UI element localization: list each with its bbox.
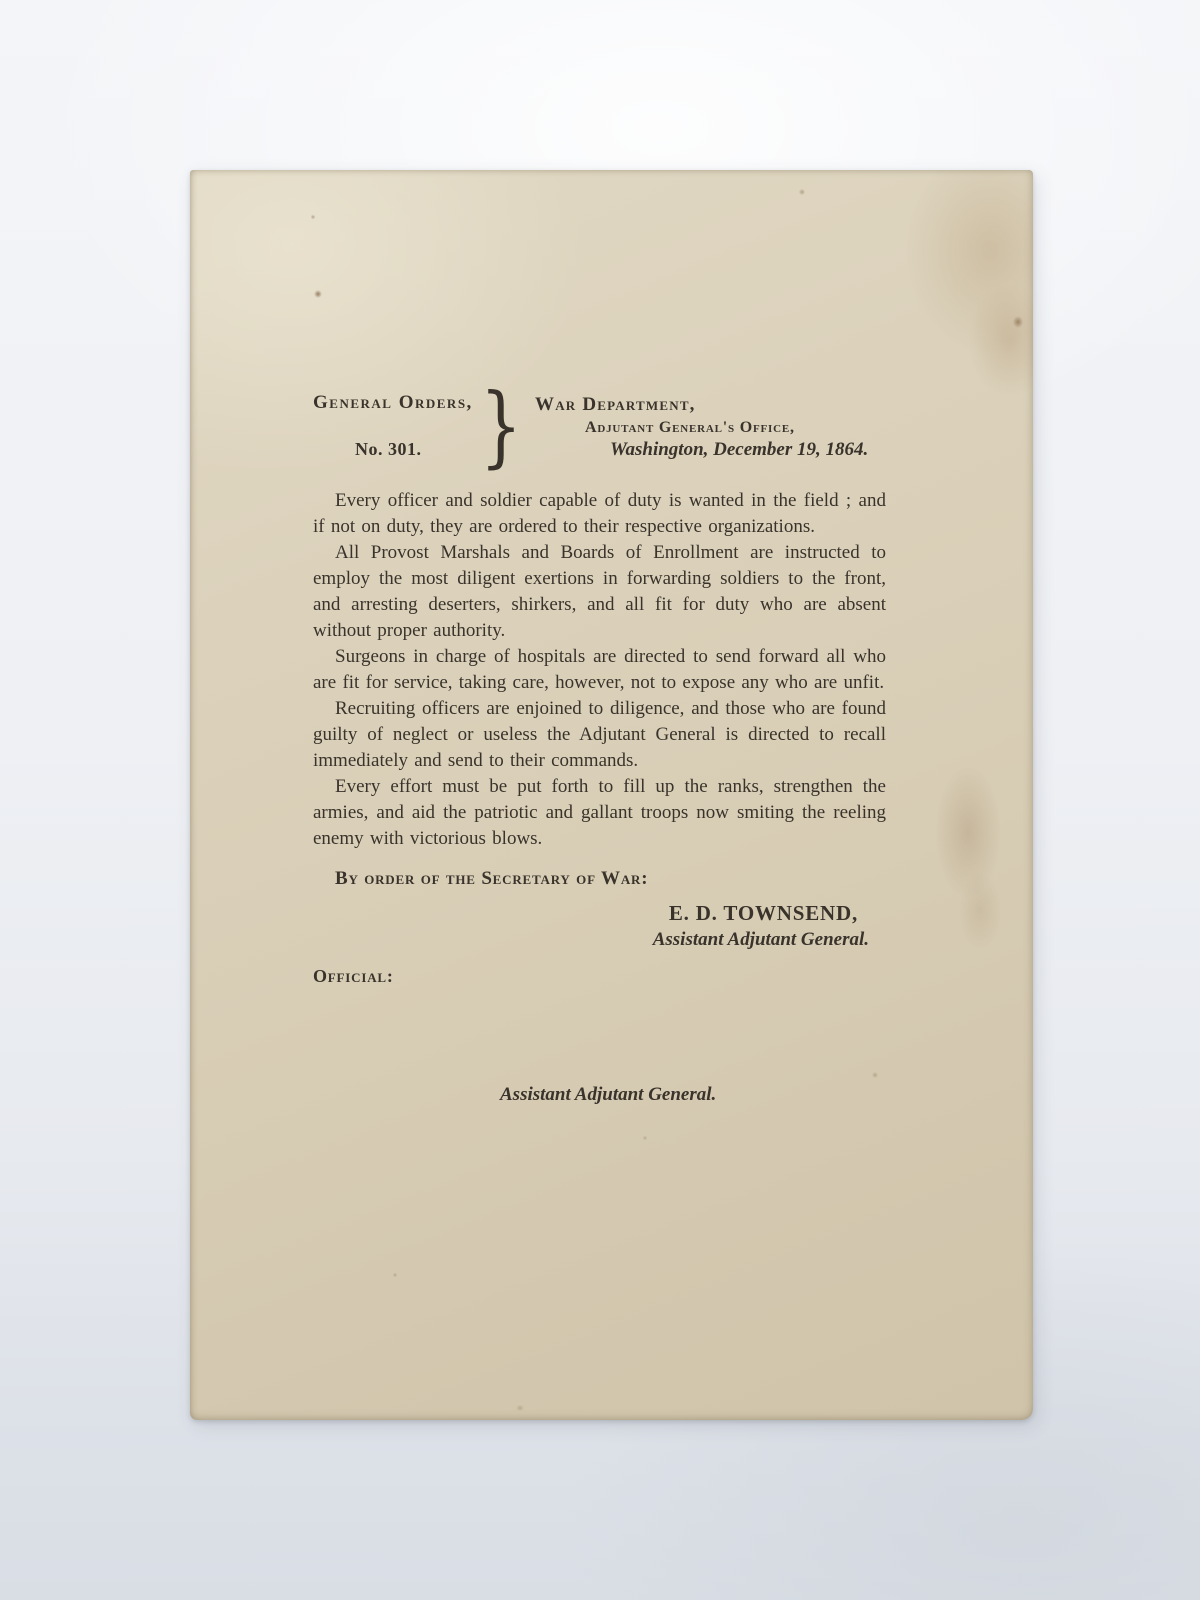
document-content: General Orders, No. 301. } War Departmen… xyxy=(313,392,886,1106)
curly-brace-glyph: } xyxy=(480,376,522,476)
paragraph: Recruiting officers are enjoined to dili… xyxy=(313,696,886,774)
footer-signature-title: Assistant Adjutant General. xyxy=(313,1084,886,1106)
official-label: Official: xyxy=(313,966,886,987)
paragraph: Every officer and soldier capable of dut… xyxy=(313,488,886,540)
dateline: Washington, December 19, 1864. xyxy=(610,439,868,461)
war-department-line: War Department, xyxy=(535,394,696,416)
paragraph: Every effort must be put forth to fill u… xyxy=(313,774,886,852)
general-orders-label: General Orders, xyxy=(313,392,473,414)
signature-title: Assistant Adjutant General. xyxy=(313,929,886,951)
order-body: Every officer and soldier capable of dut… xyxy=(313,488,886,852)
paragraph: All Provost Marshals and Boards of Enrol… xyxy=(313,540,886,644)
paragraph: Surgeons in charge of hospitals are dire… xyxy=(313,644,886,696)
document-header: General Orders, No. 301. } War Departmen… xyxy=(313,392,886,488)
signature-name: E. D. TOWNSEND, xyxy=(313,901,886,926)
adjutant-generals-office-line: Adjutant General's Office, xyxy=(585,419,795,437)
order-number: No. 301. xyxy=(355,439,422,460)
by-order-line: By order of the Secretary of War: xyxy=(313,868,886,890)
document-page: General Orders, No. 301. } War Departmen… xyxy=(190,170,1033,1420)
